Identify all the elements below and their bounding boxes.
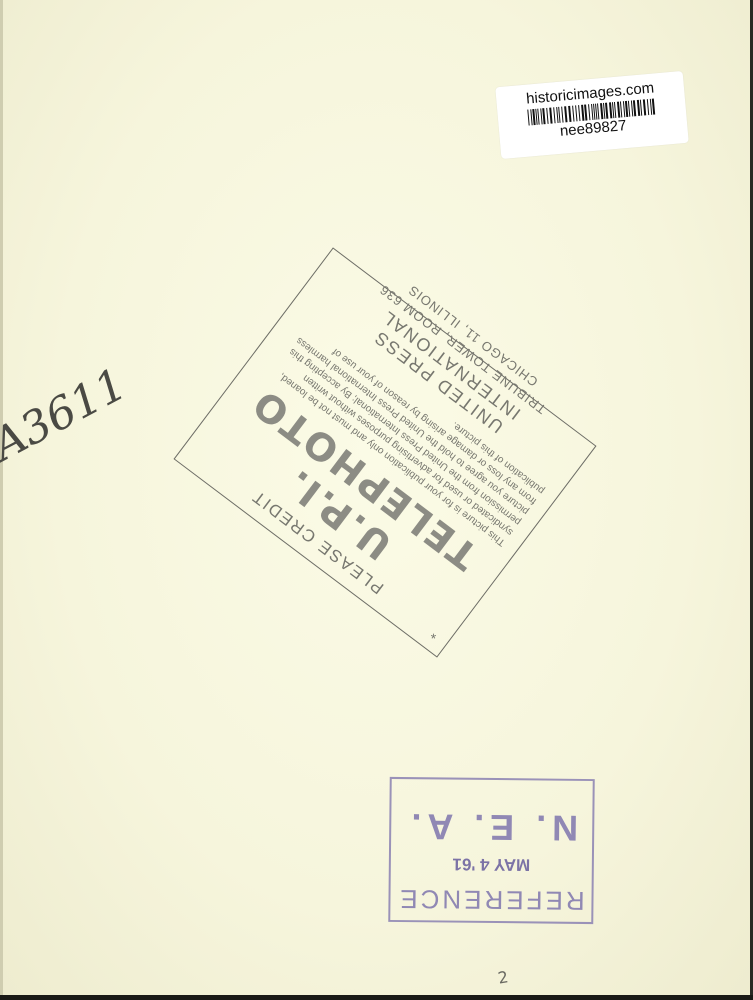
reference-stamp: REFERENCE MAY 4 '61 N. E. A. — [388, 777, 595, 924]
reference-date: MAY 4 '61 — [391, 853, 592, 875]
reference-label: REFERENCE — [390, 883, 591, 916]
photo-back: historicimages.com nee89827 * PLEASE CRE… — [0, 0, 753, 995]
handwritten-mark: 2 — [496, 967, 509, 987]
paper-edge — [0, 0, 3, 995]
upi-credit-stamp: * PLEASE CREDIT U.P.I. TELEPHOTO This pi… — [173, 247, 596, 657]
barcode-label: historicimages.com nee89827 — [495, 71, 689, 159]
handwritten-number: A3611 — [0, 358, 135, 471]
reference-organization: N. E. A. — [391, 805, 592, 849]
